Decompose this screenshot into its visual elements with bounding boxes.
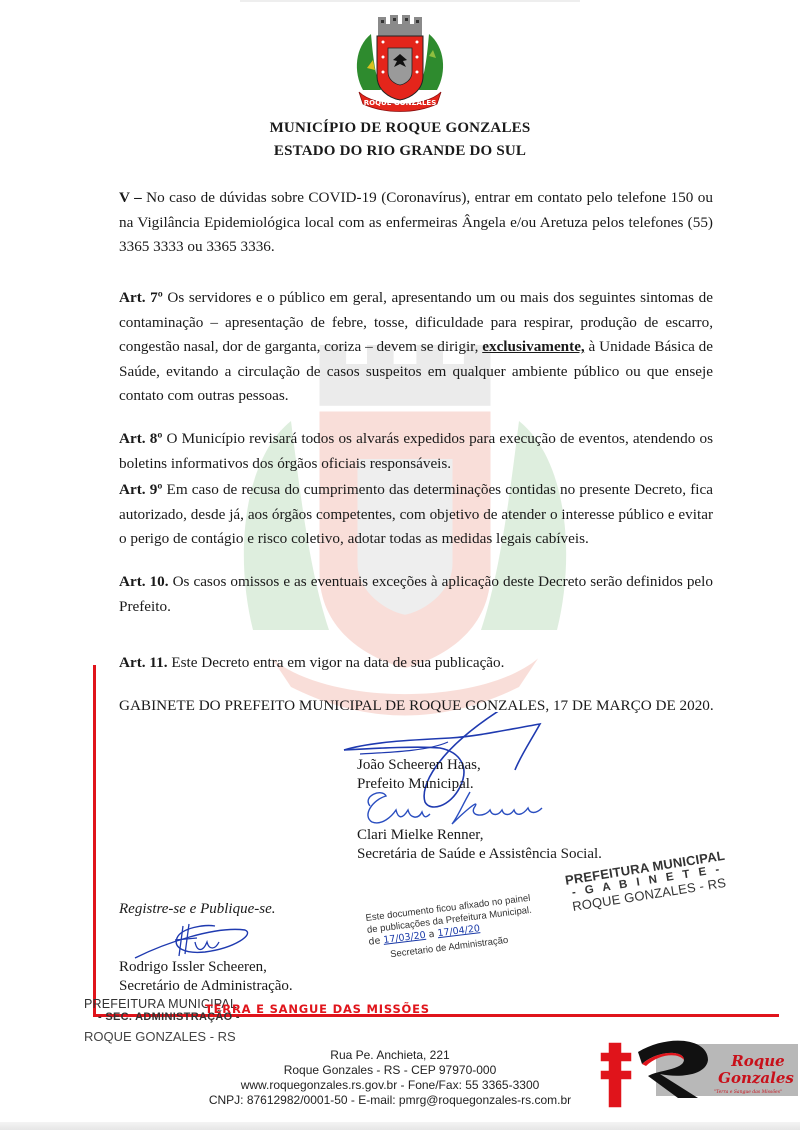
mayor-title: Prefeito Municipal.	[357, 775, 481, 794]
admin-stamp-line3: ROQUE GONZALES - RS	[84, 1029, 240, 1044]
art8-label: Art. 8º	[119, 430, 162, 447]
art9-text: Em caso de recusa do cumprimento das det…	[119, 481, 713, 547]
art9-paragraph: Art. 9º Em caso de recusa do cumprimento…	[119, 478, 713, 552]
art7-paragraph: Art. 7º Os servidores e o público em ger…	[119, 286, 713, 409]
mayor-signatory: João Scheeren Haas, Prefeito Municipal.	[357, 756, 481, 794]
registre-publique-text: Registre-se e Publique-se.	[119, 901, 275, 918]
svg-text:ROQUE GONZALES: ROQUE GONZALES	[364, 99, 437, 107]
gabinete-date-line: GABINETE DO PREFEITO MUNICIPAL DE ROQUE …	[119, 696, 739, 715]
art8-paragraph: Art. 8º O Município revisará todos os al…	[119, 427, 713, 476]
art10-paragraph: Art. 10. Os casos omissos e as eventuais…	[119, 570, 713, 619]
art10-text: Os casos omissos e as eventuais exceções…	[119, 573, 713, 615]
admin-secretary-signatory: Rodrigo Issler Scheeren, Secretário de A…	[119, 958, 293, 996]
admin-secretary-name: Rodrigo Issler Scheeren,	[119, 958, 293, 977]
art9-label: Art. 9º	[119, 481, 162, 498]
state-title: ESTADO DO RIO GRANDE DO SUL	[0, 143, 800, 160]
roque-gonzales-logo-icon: Roque Gonzales "Terra e Sangue das Missõ…	[598, 1030, 798, 1108]
scan-bottom-edge	[0, 1122, 800, 1130]
health-secretary-signatory: Clari Mielke Renner, Secretária de Saúde…	[357, 826, 602, 864]
svg-text:Roque: Roque	[730, 1052, 784, 1070]
mayor-name: João Scheeren Haas,	[357, 756, 481, 775]
municipality-title: MUNICÍPIO DE ROQUE GONZALES	[0, 120, 800, 137]
scan-edge	[240, 0, 580, 2]
admin-secretary-title: Secretário de Administração.	[119, 977, 293, 996]
svg-text:"Terra e Sangue das Missões": "Terra e Sangue das Missões"	[714, 1088, 782, 1095]
item-v-text: No caso de dúvidas sobre COVID-19 (Coron…	[119, 189, 713, 255]
svg-text:Gonzales: Gonzales	[718, 1069, 794, 1087]
art11-label: Art. 11.	[119, 654, 168, 671]
notice-to-label: a	[428, 929, 435, 941]
health-secretary-name: Clari Mielke Renner,	[357, 826, 602, 845]
item-v-paragraph: V – No caso de dúvidas sobre COVID-19 (C…	[119, 186, 713, 260]
item-v-label: V –	[119, 189, 142, 206]
art11-paragraph: Art. 11. Este Decreto entra em vigor na …	[119, 651, 713, 676]
notice-from-label: de	[368, 935, 381, 947]
art7-emphasis: exclusivamente,	[482, 338, 585, 355]
municipal-crest-icon: ROQUE GONZALES	[345, 12, 455, 112]
motto-text: TERRA E SANGUE DAS MISSÕES	[205, 1002, 430, 1016]
publication-notice-stamp: Este documento ficou afixado no painel d…	[365, 893, 536, 964]
art7-label: Art. 7º	[119, 289, 163, 306]
health-secretary-title: Secretária de Saúde e Assistência Social…	[357, 845, 602, 864]
art11-text: Este Decreto entra em vigor na data de s…	[168, 654, 505, 671]
art10-label: Art. 10.	[119, 573, 169, 590]
art8-text: O Município revisará todos os alvarás ex…	[119, 430, 713, 472]
red-frame-vertical	[93, 665, 96, 1017]
